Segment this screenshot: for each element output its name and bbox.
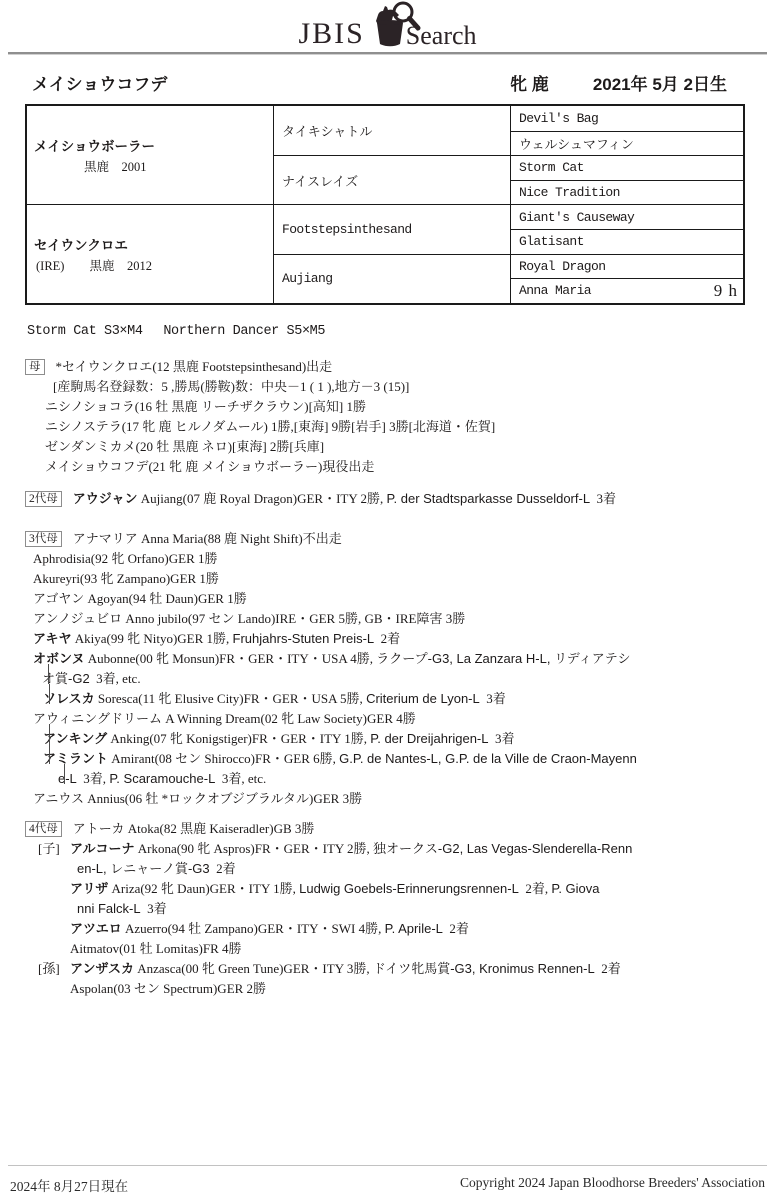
text-segment: Azuerro(94 牡 Zampano)GER・ITY・SWI 4勝,	[122, 921, 385, 936]
text-segment: Akiya(99 牝 Nityo)GER 1勝,	[71, 631, 232, 646]
family-lines: 母*セイウンクロエ(12 黒鹿 Footstepsinthesand)出走[産駒…	[25, 357, 775, 999]
family-line: メイショウコフデ(21 牝 鹿 メイショウボーラー)現役出走	[45, 457, 775, 477]
text-segment: Aphrodisia(92 牝 Orfano)GER 1勝	[33, 551, 218, 566]
gen3-cell: Devil's Bag	[510, 106, 743, 131]
dam-sire-cell: Footstepsinthesand	[273, 204, 510, 253]
text-segment: アトーカ Atoka(82 黒鹿 Kaiseradler)GB 3勝	[73, 821, 315, 836]
text-segment: Aubonne(00 牝 Monsun)FR・GER・ITY・USA 4勝,	[84, 651, 376, 666]
family-line: [子]アルコーナ Arkona(90 牝 Aspros)FR・GER・ITY 2…	[38, 839, 775, 859]
gen3-name: Anna Maria	[519, 283, 591, 298]
gen3-cell: Glatisant	[510, 229, 743, 254]
text-segment: 3着	[489, 731, 515, 746]
text-segment: アウィニングドリーム A Winning Dream(02 牝 Law Soci…	[33, 711, 416, 726]
family-line: オ賞-G2 3着, etc.	[42, 669, 775, 689]
text-segment: Aitmatov(01 牡 Lomitas)FR 4勝	[70, 941, 242, 956]
text-segment: Aujiang(07 鹿 Royal Dragon)GER・ITY 2勝,	[138, 491, 387, 506]
dam-dam-cell: Aujiang	[273, 254, 510, 303]
text-segment: G.P. de Nantes-L, G.P. de la Ville de Cr…	[339, 751, 637, 766]
family-line: アキヤ Akiya(99 牝 Nityo)GER 1勝, Fruhjahrs-S…	[33, 629, 775, 649]
text-segment: アゴヤン Agoyan(94 牡 Daun)GER 1勝	[33, 591, 247, 606]
family-line: [産駒馬名登録数：5 ,勝馬(勝鞍)数：中央－1 ( 1 ),地方－3 (15)…	[53, 377, 775, 397]
text-segment: Criterium de Lyon-L	[366, 691, 480, 706]
text-segment: 2着	[443, 921, 469, 936]
footer-date: 2024年 8月27日現在	[10, 1175, 128, 1195]
generation-header-line: 4代母アトーカ Atoka(82 黒鹿 Kaiseradler)GB 3勝	[25, 819, 775, 839]
text-segment: P. der Dreijahrigen-L	[370, 731, 488, 746]
text-segment: ドイツ牝馬賞-G3, Kronimus Rennen-L	[373, 961, 595, 976]
text-segment: 3着, etc.	[215, 771, 266, 786]
generation-label: 母	[25, 359, 45, 375]
family-line: e-L 3着, P. Scaramouche-L 3着, etc.	[58, 769, 775, 789]
text-segment: ラクープ-G3, La Zanzara H-L, リディアテシ	[376, 651, 630, 666]
family-line: アミラント Amirant(08 セン Shirocco)FR・GER 6勝, …	[43, 749, 775, 769]
gen3-cell: Giant's Causeway	[510, 204, 743, 229]
text-segment: Amirant(08 セン Shirocco)FR・GER 6勝,	[108, 751, 339, 766]
dam-cell: セイウンクロエ (IRE) 黒鹿 2012	[27, 204, 273, 302]
text-segment: 独オークス-G2, Las Vegas-Slenderella-Renn	[373, 841, 632, 856]
text-segment: 3着	[590, 491, 616, 506]
jbis-logo[interactable]: JBIS Search	[0, 0, 775, 49]
horse-meta: 牝 鹿 2021年 5月 2日生	[510, 70, 727, 95]
text-segment: P. Scaramouche-L	[109, 771, 215, 786]
text-segment: Anking(07 牝 Konigstiger)FR・GER・ITY 1勝,	[107, 731, 370, 746]
family-line: Aitmatov(01 牡 Lomitas)FR 4勝	[70, 939, 775, 959]
family-line: nni Falck-L 3着	[77, 899, 775, 919]
text-segment: 3着	[480, 691, 506, 706]
generation-label: 2代母	[25, 491, 62, 507]
text-segment: *セイウンクロエ(12 黒鹿 Footstepsinthesand)出走	[56, 359, 333, 374]
text-segment: アミラント	[43, 751, 108, 766]
footer-copyright: Copyright 2024 Japan Bloodhorse Breeders…	[460, 1175, 765, 1195]
family-line: ゼンダンミカメ(20 牡 黒鹿 ネロ)[東海] 2勝[兵庫]	[45, 437, 775, 457]
text-segment: Aspolan(03 セン Spectrum)GER 2勝	[70, 981, 266, 996]
family-line: アンキング Anking(07 牝 Konigstiger)FR・GER・ITY…	[43, 729, 775, 749]
text-segment: アツエロ	[70, 921, 122, 936]
generation-header-line: 3代母アナマリア Anna Maria(88 鹿 Night Shift)不出走	[25, 529, 775, 549]
family-line: アゴヤン Agoyan(94 牡 Daun)GER 1勝	[33, 589, 775, 609]
text-segment: ニシノショコラ(16 牡 黒鹿 リーチザクラウン)[高知] 1勝	[45, 399, 366, 414]
family-line: アリザ Ariza(92 牝 Daun)GER・ITY 1勝, Ludwig G…	[70, 879, 775, 899]
birthdate-label: 2021年 5月 2日生	[593, 70, 727, 95]
text-segment: [産駒馬名登録数：5 ,勝馬(勝鞍)数：中央－1 ( 1 ),地方－3 (15)…	[53, 379, 409, 394]
text-segment: ニシノステラ(17 牝 鹿 ヒルノダムール) 1勝,[東海] 9勝[岩手] 3勝…	[45, 419, 495, 434]
text-segment: e-L	[58, 771, 77, 786]
gen3-cell: Royal Dragon	[510, 254, 743, 279]
title-row: メイショウコフデ 牝 鹿 2021年 5月 2日生	[32, 70, 727, 95]
text-segment: Ludwig Goebels-Erinnerungsrennen-L	[299, 881, 519, 896]
family-line: Akureyri(93 牝 Zampano)GER 1勝	[33, 569, 775, 589]
pedigree-report-page: { "logo": { "jbis": "JBIS", "search": "S…	[0, 0, 775, 1200]
text-segment: 2着	[210, 861, 236, 876]
text-segment: アウジャン	[73, 491, 138, 506]
text-segment: オボンヌ	[33, 651, 84, 666]
family-line: アウィニングドリーム A Winning Dream(02 牝 Law Soci…	[33, 709, 775, 729]
generation-label: 3代母	[25, 531, 62, 547]
text-segment: Ariza(92 牝 Daun)GER・ITY 1勝,	[108, 881, 299, 896]
text-segment: Soresca(11 牝 Elusive City)FR・GER・USA 5勝,	[95, 691, 366, 706]
text-segment: アナマリア Anna Maria(88 鹿 Night Shift)不出走	[73, 531, 342, 546]
text-segment: アルコーナ	[70, 841, 134, 856]
text-segment: P. Aprile-L	[385, 921, 443, 936]
text-segment: アキヤ	[33, 631, 71, 646]
family-line: ニシノショコラ(16 牡 黒鹿 リーチザクラウン)[高知] 1勝	[45, 397, 775, 417]
jbis-logo-search-text: Search	[406, 23, 477, 49]
generation-header-line: 母*セイウンクロエ(12 黒鹿 Footstepsinthesand)出走	[25, 357, 775, 377]
family-line: ソレスカ Soresca(11 牝 Elusive City)FR・GER・US…	[43, 689, 775, 709]
text-segment: アンザスカ	[70, 961, 134, 976]
text-segment: メイショウコフデ(21 牝 鹿 メイショウボーラー)現役出走	[45, 459, 374, 474]
family-line: ニシノステラ(17 牝 鹿 ヒルノダムール) 1勝,[東海] 9勝[岩手] 3勝…	[45, 417, 775, 437]
header-divider	[8, 52, 767, 55]
text-segment: 2着,	[519, 881, 552, 896]
text-segment: 3着	[141, 901, 167, 916]
generation-label: 4代母	[25, 821, 62, 837]
text-segment: アリザ	[70, 881, 108, 896]
text-segment: P. Giova	[551, 881, 599, 896]
text-segment: アニウス Annius(06 牡 *ロックオブジブラルタル)GER 3勝	[33, 791, 362, 806]
gen3-cell: ウェルシュマフィン	[510, 131, 743, 156]
text-segment: 2着	[374, 631, 400, 646]
relation-label: [孫]	[38, 959, 70, 979]
text-segment: Anzasca(00 牝 Green Tune)GER・ITY 3勝,	[134, 961, 373, 976]
family-line: [孫]アンザスカ Anzasca(00 牝 Green Tune)GER・ITY…	[38, 959, 775, 979]
family-line: アツエロ Azuerro(94 牡 Zampano)GER・ITY・SWI 4勝…	[70, 919, 775, 939]
family-line: オボンヌ Aubonne(00 牝 Monsun)FR・GER・ITY・USA …	[33, 649, 775, 669]
text-segment: 3着, etc.	[90, 671, 141, 686]
text-segment: P. der Stadtsparkasse Dusseldorf-L	[387, 491, 591, 506]
text-segment: アンキング	[43, 731, 107, 746]
family-line: アニウス Annius(06 牡 *ロックオブジブラルタル)GER 3勝	[33, 789, 775, 809]
sire-dam-cell: ナイスレイズ	[273, 155, 510, 204]
text-segment: Fruhjahrs-Stuten Preis-L	[233, 631, 375, 646]
sire-name: メイショウボーラー	[34, 135, 273, 155]
cell-note: 9 h	[714, 281, 743, 301]
text-segment: 3着,	[77, 771, 110, 786]
sex-coat-label: 牝 鹿	[510, 70, 549, 95]
text-segment: Arkona(90 牝 Aspros)FR・GER・ITY 2勝,	[134, 841, 373, 856]
dam-detail: (IRE) 黒鹿 2012	[34, 256, 273, 274]
family-line: Aspolan(03 セン Spectrum)GER 2勝	[70, 979, 775, 999]
text-segment: Akureyri(93 牝 Zampano)GER 1勝	[33, 571, 219, 586]
generation-header-line: 2代母アウジャン Aujiang(07 鹿 Royal Dragon)GER・I…	[25, 489, 775, 509]
text-segment: en-L, レニャーノ賞-G3	[77, 861, 210, 876]
gen3-cell: Nice Tradition	[510, 180, 743, 205]
sire-cell: メイショウボーラー 黒鹿 2001	[27, 106, 273, 204]
text-segment: nni Falck-L	[77, 901, 141, 916]
gen3-cell: Anna Maria 9 h	[510, 278, 743, 303]
dam-name: セイウンクロエ	[34, 234, 273, 254]
text-segment: ゼンダンミカメ(20 牡 黒鹿 ネロ)[東海] 2勝[兵庫]	[45, 439, 324, 454]
text-segment: ソレスカ	[43, 691, 95, 706]
family-line: Aphrodisia(92 牝 Orfano)GER 1勝	[33, 549, 775, 569]
text-segment: アンノジュビロ Anno jubilo(97 セン Lando)IRE・GER …	[33, 611, 465, 626]
text-segment: 2着	[595, 961, 621, 976]
family-line: en-L, レニャーノ賞-G3 2着	[77, 859, 775, 879]
inbreeding-line: Storm Cat S3×M4 Northern Dancer S5×M5	[27, 318, 775, 339]
pedigree-table: メイショウボーラー 黒鹿 2001 セイウンクロエ (IRE) 黒鹿 2012 …	[25, 104, 745, 305]
sire-sire-cell: タイキシャトル	[273, 106, 510, 155]
relation-label: [子]	[38, 839, 70, 859]
horse-name-title: メイショウコフデ	[32, 70, 167, 95]
jbis-logo-text: JBIS	[298, 19, 364, 49]
family-line: アンノジュビロ Anno jubilo(97 セン Lando)IRE・GER …	[33, 609, 775, 629]
footer: 2024年 8月27日現在 Copyright 2024 Japan Blood…	[8, 1165, 767, 1197]
sire-detail: 黒鹿 2001	[34, 157, 273, 175]
gen3-cell: Storm Cat	[510, 155, 743, 180]
